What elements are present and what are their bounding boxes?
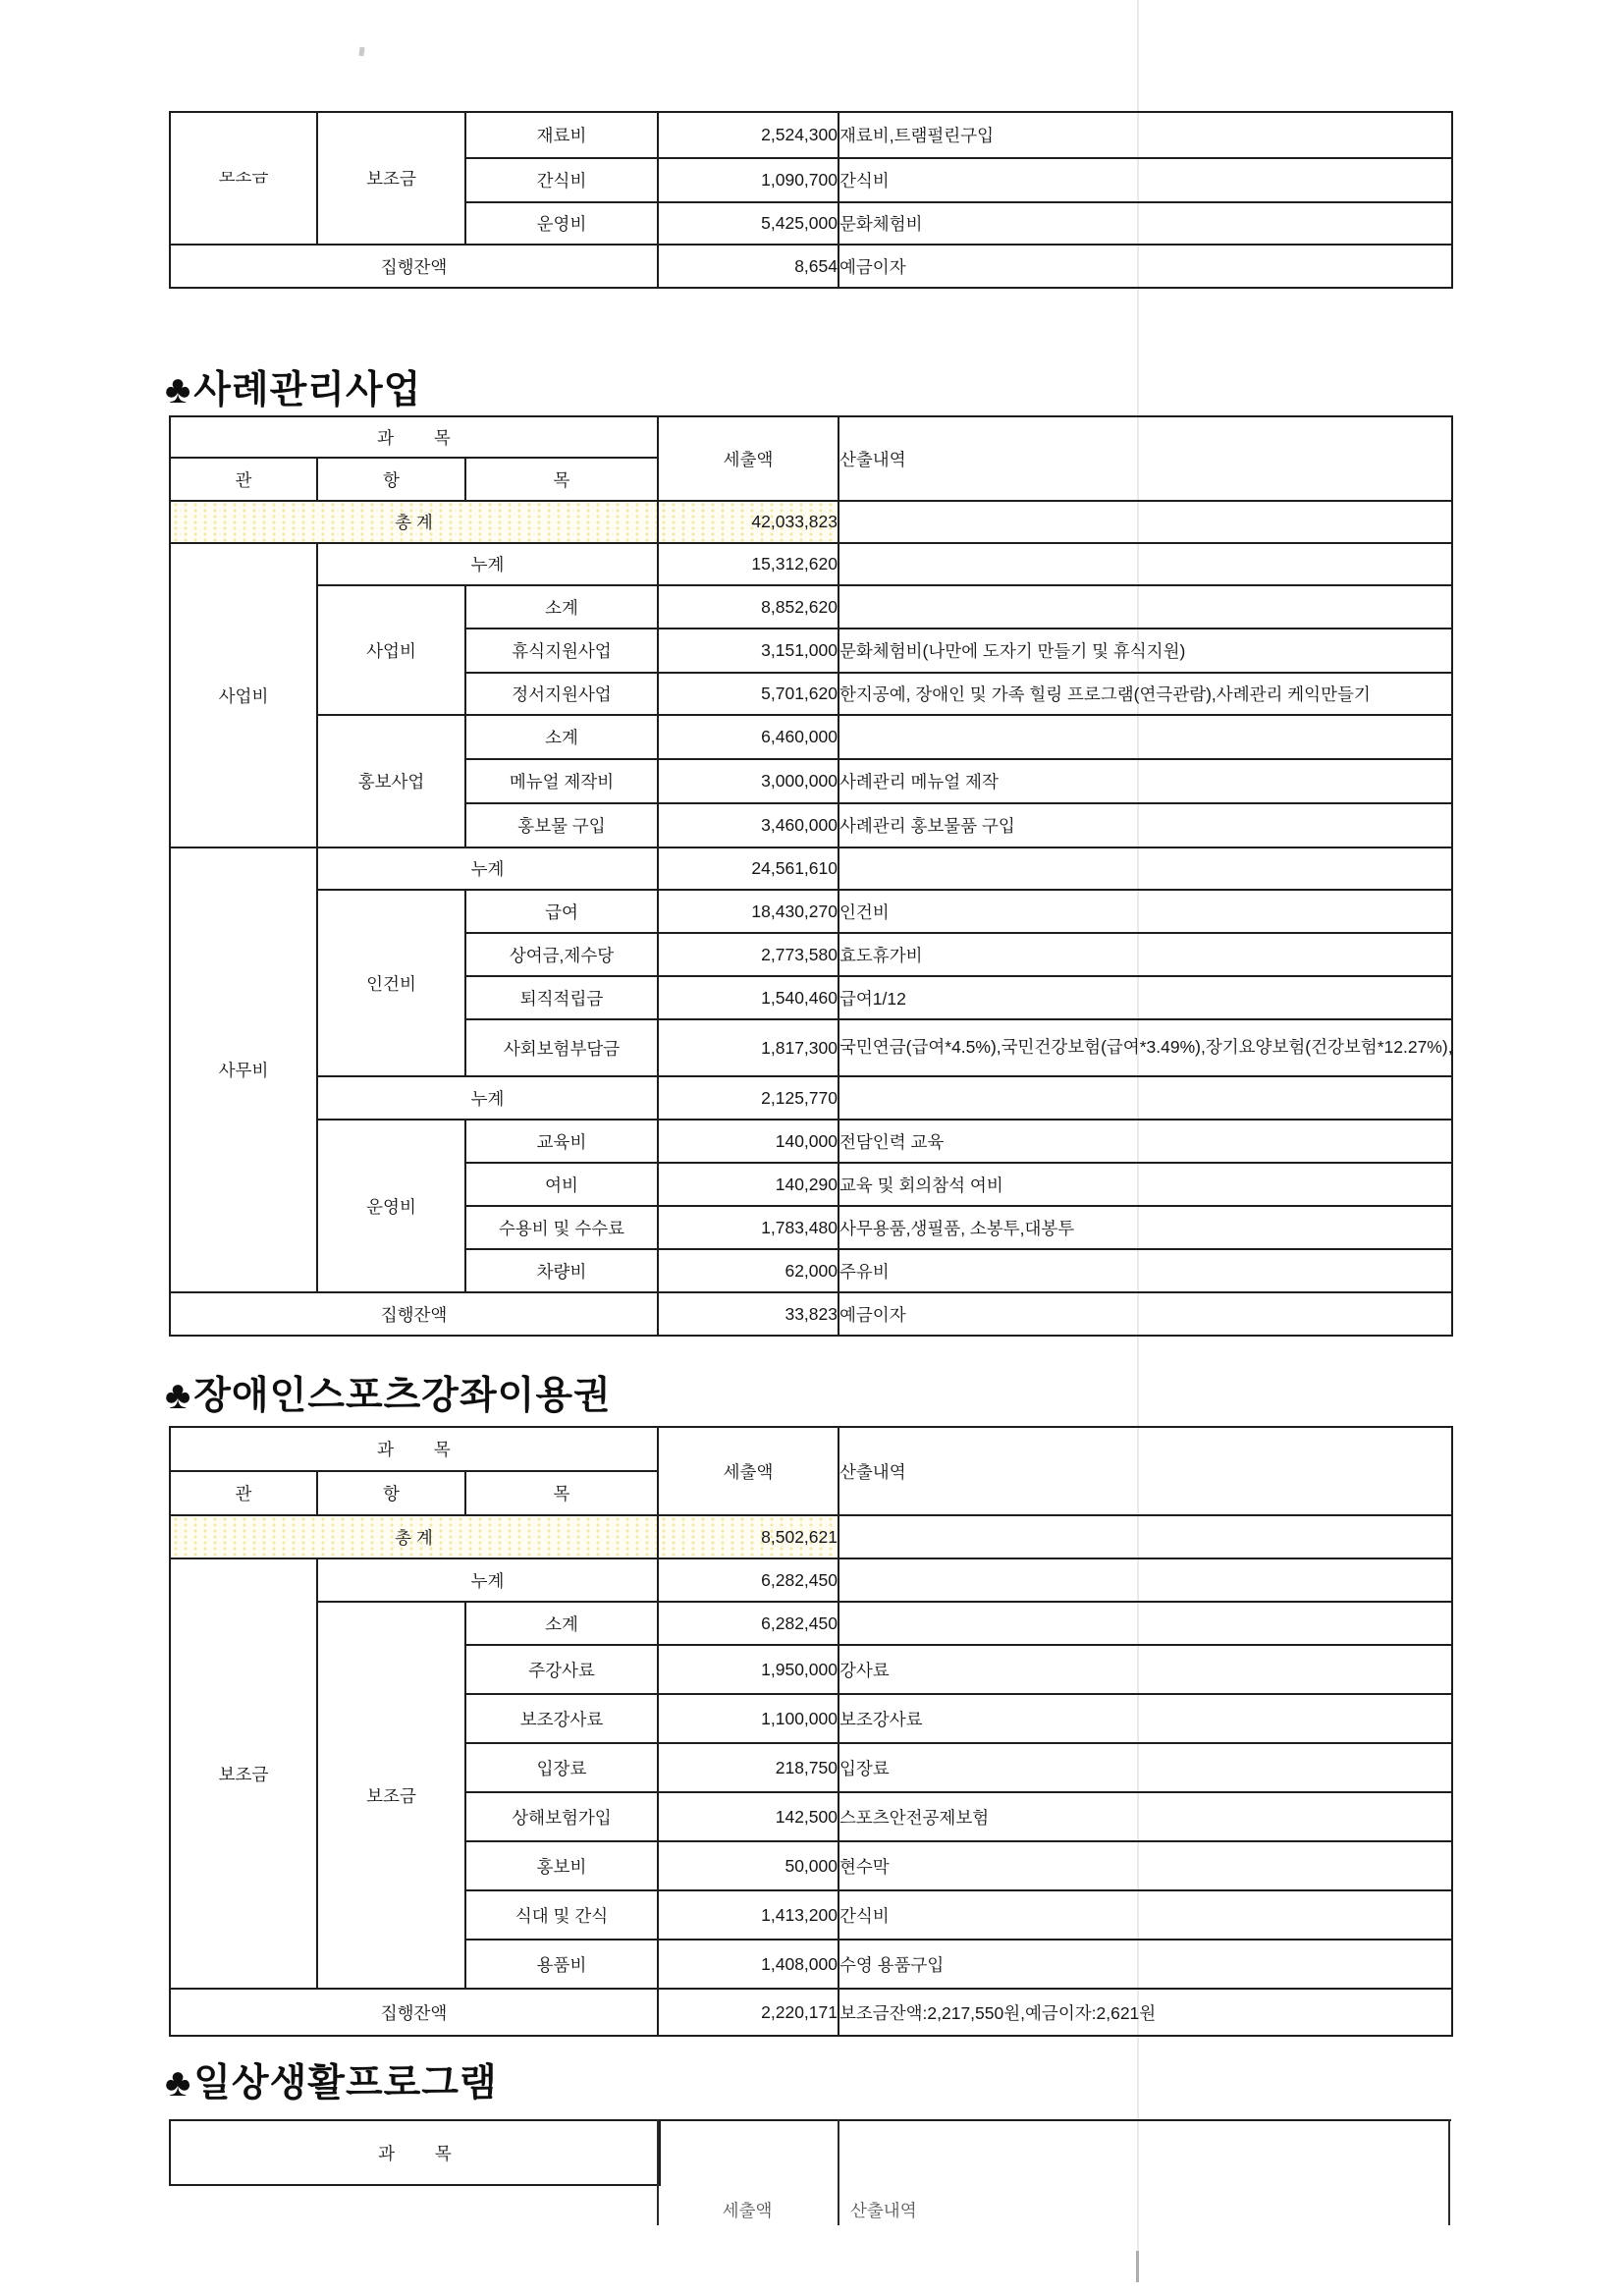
cell-gwan-group: 사무비 [170,847,317,1292]
cell-detail: 한지공예, 장애인 및 가족 힐링 프로그램(연극관람),사례관리 케익만들기 [839,673,1452,715]
scanned-budget-document-page: 보조금 보조금 재료비 2,524,300 재료비,트램펄린구입 간식비 1,0… [0,0,1623,2296]
gwan-label-cut: 보조금 [219,172,269,185]
cell-amount: 33,823 [658,1292,839,1336]
cell-amount: 62,000 [658,1249,839,1292]
col-header-gwamok: 과 목 [169,2119,661,2186]
table-row-grand-total: 총 계 8,502,621 [170,1515,1452,1558]
col-header-mok: 목 [465,1471,658,1515]
case-management-table: 과 목 세출액 산출내역 관 항 목 총 계 42,033,823 사업비 누계… [169,415,1453,1337]
clover-icon: ♣ [165,1374,191,1417]
cell-detail-empty [839,1076,1452,1120]
cell-hang-group: 홍보사업 [317,715,465,847]
table-row-sogye: 홍보사업 소계 6,460,000 [170,715,1452,759]
cell-amount: 1,090,700 [658,158,839,202]
cell-hang-group: 인건비 [317,890,465,1076]
cell-amount: 140,000 [658,1120,839,1163]
cell-detail-empty [839,543,1452,585]
table-row-nugye: 누계 2,125,770 [170,1076,1452,1120]
cell-amount: 2,125,770 [658,1076,839,1120]
cell-amount: 2,773,580 [658,933,839,976]
cell-total-label: 총 계 [170,501,658,543]
cell-amount: 2,220,171 [658,1989,839,2036]
col-header-gwamok: 과 목 [170,416,658,458]
cell-mok: 상여금,제수당 [465,933,658,976]
cell-detail: 효도휴가비 [839,933,1452,976]
table-row: 보조금 보조금 재료비 2,524,300 재료비,트램펄린구입 [170,112,1452,158]
cell-mok: 정서지원사업 [465,673,658,715]
cell-amount: 18,430,270 [658,890,839,933]
cell-mok: 차량비 [465,1249,658,1292]
section-title-text: 사례관리사업 [193,369,421,411]
table-row-execution-balance: 집행잔액 8,654 예금이자 [170,245,1452,288]
cell-detail: 예금이자 [839,245,1452,288]
table-row-sogye: 보조금 소계 6,282,450 [170,1602,1452,1645]
cell-amount: 6,460,000 [658,715,839,759]
col-header-amount: 세출액 [658,416,839,501]
cell-gwan-cutoff: 보조금 [170,112,317,245]
scan-artifact-speck [358,47,364,57]
cell-amount: 5,425,000 [658,202,839,245]
table-header-row: 과 목 세출액 산출내역 [170,416,1452,458]
cell-detail: 입장료 [839,1743,1452,1792]
table-row-execution-balance: 집행잔액 2,220,171 보조금잔액:2,217,550원,예금이자:2,6… [170,1989,1452,2036]
cell-mok: 운영비 [465,202,658,245]
cell-amount: 8,654 [658,245,839,288]
cell-mok: 수용비 및 수수료 [465,1206,658,1249]
cell-detail: 간식비 [839,1890,1452,1940]
cell-mok: 홍보비 [465,1841,658,1890]
cell-detail: 보조금잔액:2,217,550원,예금이자:2,621원 [839,1989,1452,2036]
cell-detail-empty [839,501,1452,543]
col-header-mok: 목 [465,458,658,501]
cell-amount: 50,000 [658,1841,839,1890]
table-row-nugye: 보조금 누계 6,282,450 [170,1558,1452,1602]
table-row: 운영비 교육비 140,000 전담인력 교육 [170,1120,1452,1163]
cell-amount: 8,852,620 [658,585,839,629]
col-header-gwan: 관 [170,458,317,501]
cell-amount: 142,500 [658,1792,839,1841]
table-border-vertical [838,2119,839,2225]
cell-hang: 보조금 [317,112,465,245]
cell-mok: 재료비 [465,112,658,158]
cell-detail: 예금이자 [839,1292,1452,1336]
cell-nugye-label: 누계 [317,1558,658,1602]
cutoff-text-clip: 보조금 [171,172,316,185]
clover-icon: ♣ [165,2061,191,2105]
col-header-calc: 산출내역 [850,2198,917,2222]
section-title-daily-program: ♣일상생활프로그램 [165,2060,498,2106]
cell-exec-label: 집행잔액 [170,1989,658,2036]
col-header-amount: 세출액 [658,1427,839,1515]
cell-sogye-label: 소계 [465,715,658,759]
cell-detail: 재료비,트램펄린구입 [839,112,1452,158]
cell-amount: 1,950,000 [658,1645,839,1694]
cell-mok: 홍보물 구입 [465,803,658,847]
cell-total-label: 총 계 [170,1515,658,1558]
table-row-grand-total: 총 계 42,033,823 [170,501,1452,543]
cell-mok: 사회보험부담금 [465,1019,658,1076]
section-title-text: 일상생활프로그램 [193,2062,497,2105]
cell-amount: 1,100,000 [658,1694,839,1743]
cell-amount: 1,413,200 [658,1890,839,1940]
cell-mok: 식대 및 간식 [465,1890,658,1940]
cell-mok: 휴식지원사업 [465,629,658,673]
cell-detail: 주유비 [839,1249,1452,1292]
hang-label: 보조금 [366,169,416,189]
cell-detail-empty [839,1515,1452,1558]
col-header-gwan: 관 [170,1471,317,1515]
section-title-case-management: ♣사례관리사업 [165,367,421,413]
cell-detail: 현수막 [839,1841,1452,1890]
section-title-sports-voucher: ♣장애인스포츠강좌이용권 [165,1373,612,1419]
cell-nugye-label: 누계 [317,847,658,890]
cell-nugye-label: 누계 [317,1076,658,1120]
col-header-hang: 항 [317,458,465,501]
cell-amount: 6,282,450 [658,1558,839,1602]
cell-detail: 강사료 [839,1645,1452,1694]
cell-amount: 3,460,000 [658,803,839,847]
table-header-row: 과 목 세출액 산출내역 [170,1427,1452,1471]
cell-amount: 140,290 [658,1163,839,1206]
cell-mok: 용품비 [465,1940,658,1989]
cell-mok: 메뉴얼 제작비 [465,759,658,803]
table-border-vertical [1448,2119,1450,2225]
cell-mok: 간식비 [465,158,658,202]
cell-detail: 문화체험비(나만에 도자기 만들기 및 휴식지원) [839,629,1452,673]
scan-artifact-line-tail [1136,2251,1139,2282]
cell-amount: 1,540,460 [658,976,839,1019]
cell-exec-label: 집행잔액 [170,245,658,288]
cell-total-amount: 8,502,621 [658,1515,839,1558]
col-header-gwamok: 과 목 [170,1427,658,1471]
cell-gwan-group: 보조금 [170,1558,317,1989]
cell-hang-group: 운영비 [317,1120,465,1292]
cell-amount: 5,701,620 [658,673,839,715]
section-title-text: 장애인스포츠강좌이용권 [193,1375,611,1417]
cell-detail: 스포츠안전공제보험 [839,1792,1452,1841]
cell-detail: 사례관리 홍보물품 구입 [839,803,1452,847]
cell-amount: 1,817,300 [658,1019,839,1076]
cell-amount: 1,408,000 [658,1940,839,1989]
table-row: 인건비 급여 18,430,270 인건비 [170,890,1452,933]
cell-mok: 입장료 [465,1743,658,1792]
cell-gwan-group: 사업비 [170,543,317,847]
cell-nugye-label: 누계 [317,543,658,585]
cell-detail: 급여1/12 [839,976,1452,1019]
cell-total-amount: 42,033,823 [658,501,839,543]
cell-detail: 문화체험비 [839,202,1452,245]
clover-icon: ♣ [165,368,191,411]
cell-detail: 사례관리 메뉴얼 제작 [839,759,1452,803]
cell-mok: 보조강사료 [465,1694,658,1743]
cell-amount: 1,783,480 [658,1206,839,1249]
cell-mok: 퇴직적립금 [465,976,658,1019]
cell-hang-group: 사업비 [317,585,465,715]
cell-detail: 사무용품,생필품, 소봉투,대봉투 [839,1206,1452,1249]
cell-mok: 교육비 [465,1120,658,1163]
cell-sogye-label: 소계 [465,585,658,629]
cell-amount: 218,750 [658,1743,839,1792]
cell-detail: 수영 용품구입 [839,1940,1452,1989]
sports-voucher-table: 과 목 세출액 산출내역 관 항 목 총 계 8,502,621 보조금 누계 … [169,1426,1453,2037]
cell-amount: 15,312,620 [658,543,839,585]
cell-detail-empty [839,1558,1452,1602]
cell-amount: 3,151,000 [658,629,839,673]
cell-hang-group: 보조금 [317,1602,465,1989]
cell-sogye-label: 소계 [465,1602,658,1645]
budget-table-fragment: 보조금 보조금 재료비 2,524,300 재료비,트램펄린구입 간식비 1,0… [169,111,1453,289]
cell-amount: 24,561,610 [658,847,839,890]
col-header-calc: 산출내역 [839,416,1452,501]
table-row-sogye: 사업비 소계 8,852,620 [170,585,1452,629]
cell-detail: 인건비 [839,890,1452,933]
table-border-top [657,2119,1451,2121]
table-row-nugye: 사업비 누계 15,312,620 [170,543,1452,585]
cell-mok: 여비 [465,1163,658,1206]
cell-detail: 국민연금(급여*4.5%),국민건강보험(급여*3.49%),장기요양보험(건강… [839,1019,1452,1076]
col-header-calc: 산출내역 [839,1427,1452,1515]
cell-detail: 전담인력 교육 [839,1120,1452,1163]
cell-detail-empty [839,715,1452,759]
table-row-execution-balance: 집행잔액 33,823 예금이자 [170,1292,1452,1336]
cell-detail: 보조강사료 [839,1694,1452,1743]
cell-amount: 3,000,000 [658,759,839,803]
cell-detail-empty [839,585,1452,629]
col-header-amount: 세출액 [657,2198,838,2222]
cell-detail-empty [839,1602,1452,1645]
cell-mok: 급여 [465,890,658,933]
cell-mok: 주강사료 [465,1645,658,1694]
cell-detail: 교육 및 회의참석 여비 [839,1163,1452,1206]
cell-amount: 6,282,450 [658,1602,839,1645]
cell-amount: 2,524,300 [658,112,839,158]
cell-exec-label: 집행잔액 [170,1292,658,1336]
daily-program-table-cutoff: 과 목 세출액 산출내역 [169,2119,1451,2227]
cell-detail-empty [839,847,1452,890]
col-header-hang: 항 [317,1471,465,1515]
cell-mok: 상해보험가입 [465,1792,658,1841]
table-row-nugye: 사무비 누계 24,561,610 [170,847,1452,890]
cell-detail: 간식비 [839,158,1452,202]
